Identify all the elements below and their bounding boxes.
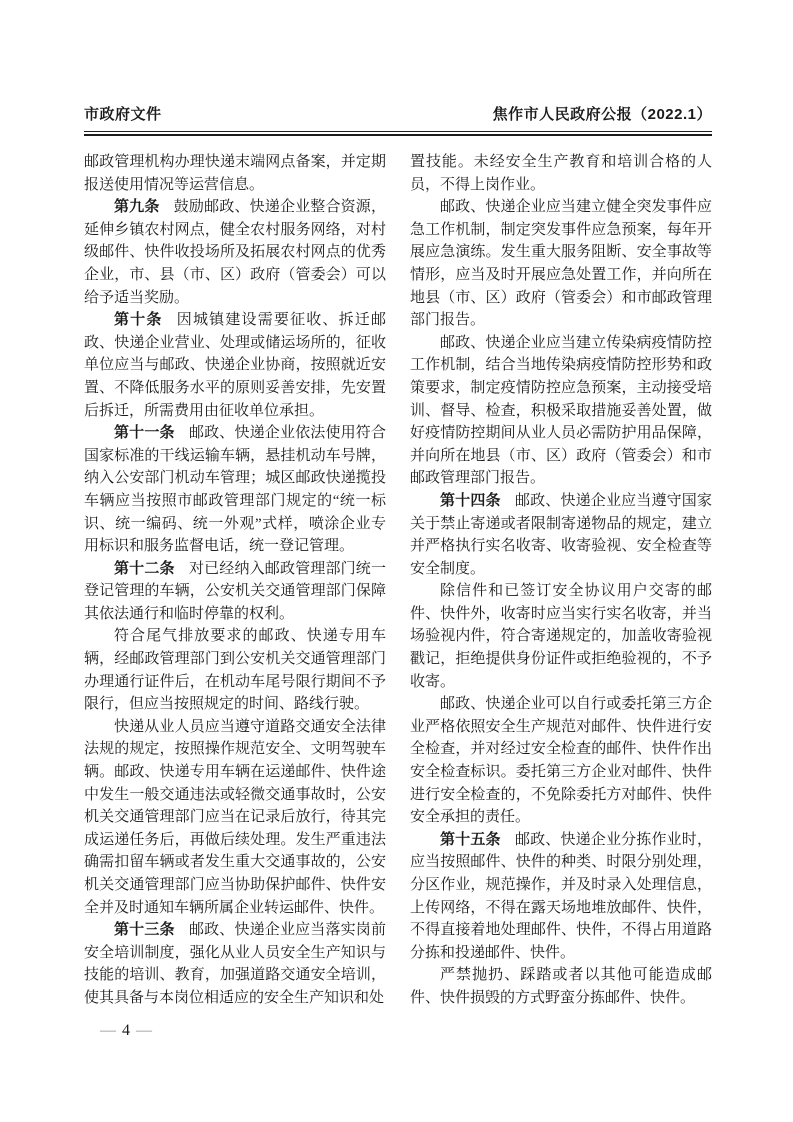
paragraph: 第十二条对已经纳入邮政管理部门统一登记管理的车辆，公安机关交通管理部门保障其依法… bbox=[84, 558, 386, 626]
paragraph: 除信件和已签订安全协议用户交寄的邮件、快件外，收寄时应当实行实名收寄，并当场验视… bbox=[410, 580, 712, 693]
paragraph-text: 邮政、快递企业分拣作业时，应当按照邮件、快件的种类、时限分别处理，分区作业，规范… bbox=[410, 832, 712, 961]
page-footer: —4— bbox=[84, 1022, 712, 1040]
paragraph-text: 因城镇建设需要征收、拆迁邮政、快递企业营业、处理或储运场所的，征收单位应当与邮政… bbox=[84, 312, 386, 418]
page-number: 4 bbox=[117, 1022, 136, 1039]
paragraph-text: 置技能。未经安全生产教育和培训合格的人员，不得上岗作业。 bbox=[410, 154, 712, 193]
header-left-label: 市政府文件 bbox=[84, 103, 162, 124]
header-rule bbox=[84, 131, 712, 136]
paragraph: 邮政、快递企业应当建立健全突发事件应急工作机制，制定突发事件应急预案，每年开展应… bbox=[410, 196, 712, 332]
paragraph: 快递从业人员应当遵守道路交通安全法律法规的规定，按照操作规范安全、文明驾驶车辆。… bbox=[84, 716, 386, 919]
paragraph: 邮政、快递企业可以自行或委托第三方企业严格依照安全生产规范对邮件、快件进行安全检… bbox=[410, 693, 712, 829]
paragraph: 第十三条邮政、快递企业应当落实岗前安全培训制度，强化从业人员安全生产知识与技能的… bbox=[84, 919, 386, 1009]
paragraph: 第十一条邮政、快递企业依法使用符合国家标准的干线运输车辆，悬挂机动车号牌，纳入公… bbox=[84, 422, 386, 558]
article-number: 第十一条 bbox=[114, 424, 175, 441]
left-column: 邮政管理机构办理快递末端网点备案，并定期报送使用情况等运营信息。 第九条鼓励邮政… bbox=[84, 151, 386, 1010]
article-number: 第十三条 bbox=[114, 921, 175, 938]
article-number: 第九条 bbox=[114, 198, 160, 215]
page-number-dash-right: — bbox=[136, 1022, 153, 1039]
header-right-label: 焦作市人民政府公报（2022.1） bbox=[493, 103, 712, 124]
article-number: 第十五条 bbox=[440, 831, 501, 848]
paragraph: 置技能。未经安全生产教育和培训合格的人员，不得上岗作业。 bbox=[410, 151, 712, 196]
paragraph-text: 鼓励邮政、快递企业整合资源，延伸乡镇农村网点，健全农村服务网络，对村级邮件、快件… bbox=[84, 199, 386, 305]
paragraph-text: 除信件和已签订安全协议用户交寄的邮件、快件外，收寄时应当实行实名收寄，并当场验视… bbox=[410, 583, 712, 689]
paragraph: 第十条因城镇建设需要征收、拆迁邮政、快递企业营业、处理或储运场所的，征收单位应当… bbox=[84, 309, 386, 422]
paragraph: 第十五条邮政、快递企业分拣作业时，应当按照邮件、快件的种类、时限分别处理，分区作… bbox=[410, 829, 712, 965]
article-number: 第十二条 bbox=[114, 560, 175, 577]
paragraph: 严禁抛扔、踩踏或者以其他可能造成邮件、快件损毁的方式野蛮分拣邮件、快件。 bbox=[410, 964, 712, 1009]
paragraph-text: 邮政、快递企业可以自行或委托第三方企业严格依照安全生产规范对邮件、快件进行安全检… bbox=[410, 696, 712, 825]
paragraph-text: 邮政、快递企业依法使用符合国家标准的干线运输车辆，悬挂机动车号牌，纳入公安部门机… bbox=[84, 425, 386, 554]
article-number: 第十四条 bbox=[440, 492, 501, 509]
paragraph-text: 严禁抛扔、踩踏或者以其他可能造成邮件、快件损毁的方式野蛮分拣邮件、快件。 bbox=[410, 967, 712, 1006]
article-number: 第十条 bbox=[114, 311, 163, 328]
paragraph-text: 邮政管理机构办理快递末端网点备案，并定期报送使用情况等运营信息。 bbox=[84, 154, 386, 193]
page-number-dash-left: — bbox=[100, 1022, 117, 1039]
document-body: 邮政管理机构办理快递末端网点备案，并定期报送使用情况等运营信息。 第九条鼓励邮政… bbox=[84, 151, 712, 1010]
paragraph-text: 符合尾气排放要求的邮政、快递专用车辆，经邮政管理部门到公安机关交通管理部门办理通… bbox=[84, 628, 386, 712]
paragraph: 邮政管理机构办理快递末端网点备案，并定期报送使用情况等运营信息。 bbox=[84, 151, 386, 196]
right-column: 置技能。未经安全生产教育和培训合格的人员，不得上岗作业。 邮政、快递企业应当建立… bbox=[410, 151, 712, 1010]
paragraph: 符合尾气排放要求的邮政、快递专用车辆，经邮政管理部门到公安机关交通管理部门办理通… bbox=[84, 625, 386, 715]
page-header: 市政府文件 焦作市人民政府公报（2022.1） bbox=[84, 103, 712, 131]
paragraph: 第九条鼓励邮政、快递企业整合资源，延伸乡镇农村网点，健全农村服务网络，对村级邮件… bbox=[84, 196, 386, 309]
paragraph-text: 快递从业人员应当遵守道路交通安全法律法规的规定，按照操作规范安全、文明驾驶车辆。… bbox=[84, 719, 386, 916]
paragraph-text: 邮政、快递企业应当建立传染病疫情防控工作机制，结合当地传染病疫情防控形势和政策要… bbox=[410, 335, 712, 487]
paragraph: 第十四条邮政、快递企业应当遵守国家关于禁止寄递或者限制寄递物品的规定，建立并严格… bbox=[410, 490, 712, 580]
paragraph: 邮政、快递企业应当建立传染病疫情防控工作机制，结合当地传染病疫情防控形势和政策要… bbox=[410, 332, 712, 490]
document-page: 市政府文件 焦作市人民政府公报（2022.1） 邮政管理机构办理快递末端网点备案… bbox=[0, 0, 793, 1122]
paragraph-text: 邮政、快递企业应当建立健全突发事件应急工作机制，制定突发事件应急预案，每年开展应… bbox=[410, 199, 712, 328]
